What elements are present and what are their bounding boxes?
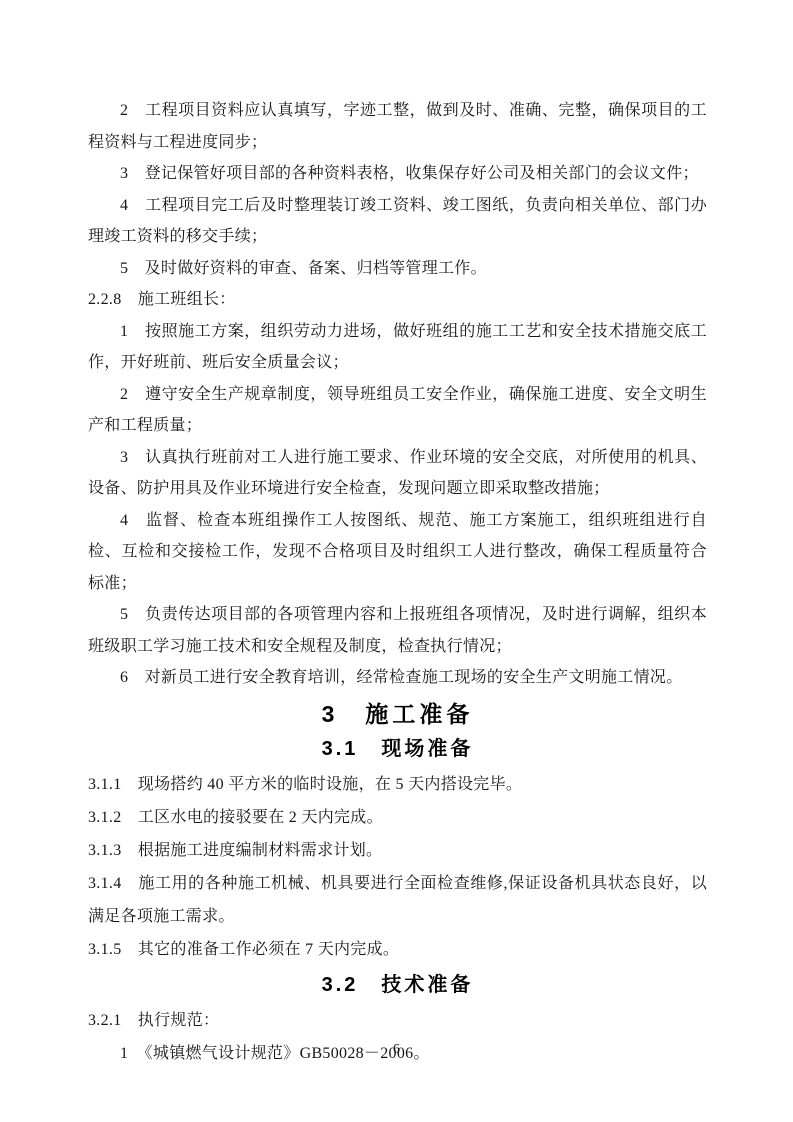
section-heading: 3.2 技术准备 bbox=[88, 970, 707, 1000]
numbered-item: 2 遵守安全生产规章制度，领导班组员工安全作业，确保施工进度、安全文明生产和工程… bbox=[88, 379, 707, 442]
numbered-item: 5 及时做好资料的审查、备案、归档等管理工作。 bbox=[88, 253, 707, 285]
numbered-item: 6 对新员工进行安全教育培训，经常检查施工现场的安全生产文明施工情况。 bbox=[88, 662, 707, 694]
numbered-item: 3 登记保管好项目部的各种资料表格，收集保存好公司及相关部门的会议文件； bbox=[88, 158, 707, 190]
section-heading: 3.1 现场准备 bbox=[88, 734, 707, 764]
chapter-heading: 3 施工准备 bbox=[88, 698, 707, 730]
clause-item: 3.1.5 其它的准备工作必须在 7 天内完成。 bbox=[88, 933, 707, 966]
numbered-item: 4 工程项目完工后及时整理装订竣工资料、竣工图纸，负责向相关单位、部门办理竣工资… bbox=[88, 190, 707, 253]
clause-item: 3.1.4 施工用的各种施工机械、机具要进行全面检查维修,保证设备机具状态良好，… bbox=[88, 867, 707, 933]
page-content: 2 工程项目资料应认真填写，字迹工整，做到及时、准确、完整，确保项目的工程资料与… bbox=[88, 95, 707, 1070]
clause-item: 3.1.3 根据施工进度编制材料需求计划。 bbox=[88, 834, 707, 867]
numbered-item: 4 监督、检查本班组操作工人按图纸、规范、施工方案施工，组织班组进行自检、互检和… bbox=[88, 505, 707, 600]
clause-item: 3.1.2 工区水电的接驳要在 2 天内完成。 bbox=[88, 801, 707, 834]
document-page: 2 工程项目资料应认真填写，字迹工整，做到及时、准确、完整，确保项目的工程资料与… bbox=[0, 0, 793, 1122]
page-footer: 6 bbox=[0, 1040, 793, 1060]
clause-item: 3.1.1 现场搭约 40 平方米的临时设施，在 5 天内搭设完毕。 bbox=[88, 768, 707, 801]
numbered-item: 2 工程项目资料应认真填写，字迹工整，做到及时、准确、完整，确保项目的工程资料与… bbox=[88, 95, 707, 158]
numbered-item: 1 按照施工方案，组织劳动力进场，做好班组的施工工艺和安全技术措施交底工作，开好… bbox=[88, 316, 707, 379]
clause-heading: 2.2.8 施工班组长： bbox=[88, 284, 707, 316]
numbered-item: 3 认真执行班前对工人进行施工要求、作业环境的安全交底，对所使用的机具、设备、防… bbox=[88, 442, 707, 505]
numbered-item: 5 负责传达项目部的各项管理内容和上报班组各项情况，及时进行调解，组织本班级职工… bbox=[88, 599, 707, 662]
page-number: 6 bbox=[393, 1042, 400, 1057]
clause-heading: 3.2.1 执行规范： bbox=[88, 1004, 707, 1037]
